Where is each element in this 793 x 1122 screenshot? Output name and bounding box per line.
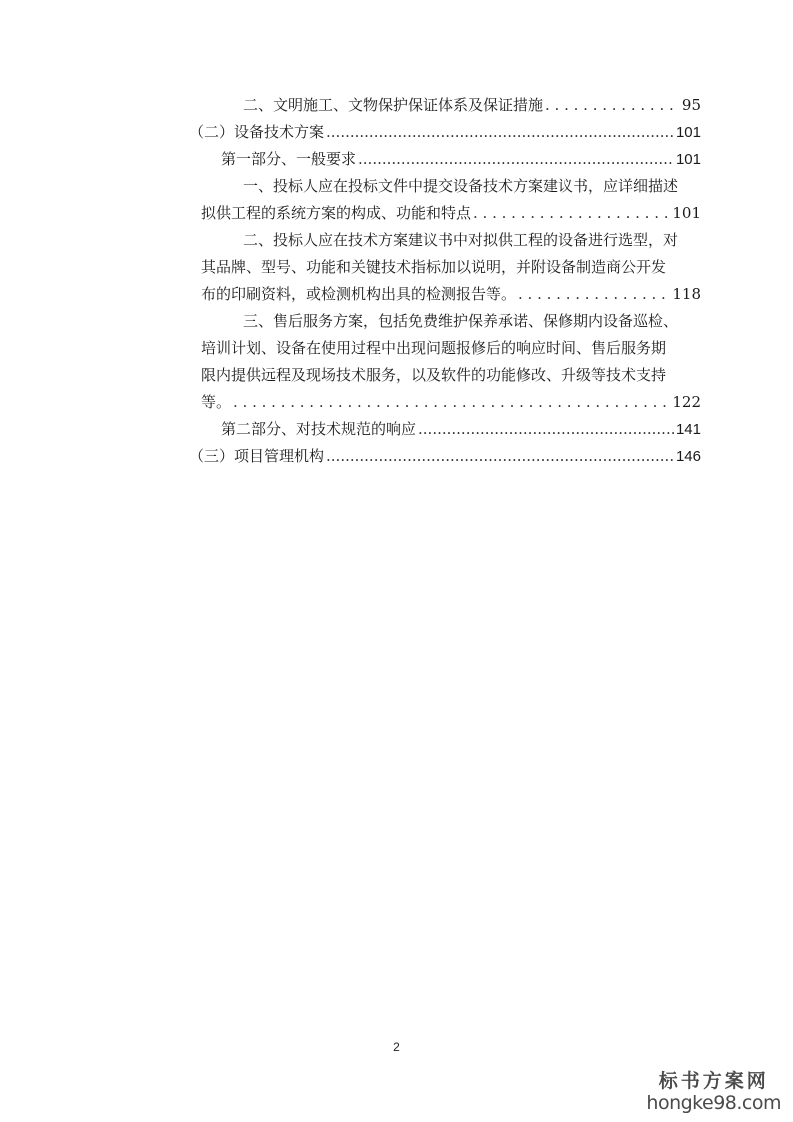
toc-entry[interactable]: 第一部分、一般要求 101 xyxy=(189,146,701,173)
toc-entry[interactable]: 二、投标人应在技术方案建议书中对拟供工程的设备进行选型，对 其品牌、型号、功能和… xyxy=(189,227,701,308)
toc-entry-title-line: 三、售后服务方案，包括免费维护保养承诺、保修期内设备巡检、 xyxy=(189,308,701,335)
toc-entry-last-line: 拟供工程的系统方案的构成、功能和特点 101 xyxy=(189,200,701,227)
toc-page-number: 95 xyxy=(682,92,701,119)
toc-entry[interactable]: 第二部分、对技术规范的响应 141 xyxy=(189,416,701,443)
toc-entry-title: 第一部分、一般要求 xyxy=(221,146,356,173)
toc-leader-dots xyxy=(233,389,670,416)
toc-entry[interactable]: （三）项目管理机构 146 xyxy=(189,443,701,470)
toc-entry[interactable]: 三、售后服务方案，包括免费维护保养承诺、保修期内设备巡检、 培训计划、设备在使用… xyxy=(189,308,701,416)
watermark-cn-text: 标书方案网 xyxy=(646,1070,781,1092)
toc-entry-title-line: 培训计划、设备在使用过程中出现问题报修后的响应时间、售后服务期 xyxy=(189,335,701,362)
toc-leader-dots xyxy=(545,92,680,119)
watermark-logo: 标书方案网 hongke98.com xyxy=(646,1070,781,1114)
toc-page-number: 101 xyxy=(676,146,701,173)
toc-entry[interactable]: 二、文明施工、文物保护保证体系及保证措施 95 xyxy=(189,92,701,119)
toc-entry-title-line: 限内提供远程及现场技术服务，以及软件的功能修改、升级等技术支持 xyxy=(189,362,701,389)
toc-leader-dots xyxy=(418,416,674,443)
watermark-url-text: hongke98.com xyxy=(646,1092,781,1114)
toc-entry-title: （二）设备技术方案 xyxy=(189,119,324,146)
toc-leader-dots xyxy=(358,146,674,173)
toc-page-number: 141 xyxy=(676,416,701,443)
toc-entry-title: 拟供工程的系统方案的构成、功能和特点 xyxy=(201,200,471,227)
toc-page-number: 122 xyxy=(672,389,701,416)
toc-entry-title-line: 其品牌、型号、功能和关键技术指标加以说明，并附设备制造商公开发 xyxy=(189,254,701,281)
toc-entry-title-line: 一、投标人应在投标文件中提交设备技术方案建议书，应详细描述 xyxy=(189,173,701,200)
toc-leader-dots xyxy=(326,119,674,146)
toc-entry[interactable]: 一、投标人应在投标文件中提交设备技术方案建议书，应详细描述 拟供工程的系统方案的… xyxy=(189,173,701,227)
toc-page-number: 101 xyxy=(672,200,701,227)
toc-page-number: 118 xyxy=(672,281,701,308)
toc-entry-title: （三）项目管理机构 xyxy=(189,443,324,470)
document-page: 二、文明施工、文物保护保证体系及保证措施 95 （二）设备技术方案 101 第一… xyxy=(0,0,793,1122)
toc-entry-title: 等。 xyxy=(201,389,231,416)
toc-entry[interactable]: （二）设备技术方案 101 xyxy=(189,119,701,146)
toc-entry-last-line: 布的印刷资料，或检测机构出具的检测报告等。 118 xyxy=(189,281,701,308)
toc-entry-last-line: 等。 122 xyxy=(189,389,701,416)
toc-leader-dots xyxy=(326,443,674,470)
table-of-contents: 二、文明施工、文物保护保证体系及保证措施 95 （二）设备技术方案 101 第一… xyxy=(189,92,701,470)
page-number: 2 xyxy=(0,1040,793,1054)
toc-entry-title: 第二部分、对技术规范的响应 xyxy=(221,416,416,443)
toc-entry-title-line: 二、投标人应在技术方案建议书中对拟供工程的设备进行选型，对 xyxy=(189,227,701,254)
toc-leader-dots xyxy=(473,200,670,227)
toc-page-number: 101 xyxy=(676,119,701,146)
toc-entry-title: 布的印刷资料，或检测机构出具的检测报告等。 xyxy=(201,281,516,308)
toc-leader-dots xyxy=(518,281,670,308)
toc-entry-title: 二、文明施工、文物保护保证体系及保证措施 xyxy=(243,92,543,119)
toc-page-number: 146 xyxy=(676,443,701,470)
